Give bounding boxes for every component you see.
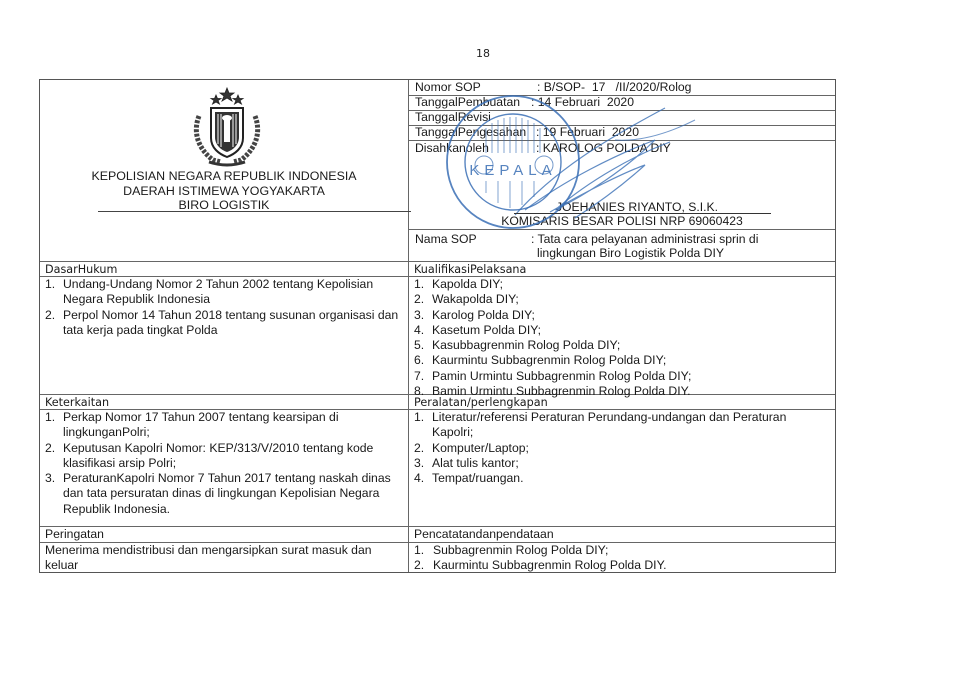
dasar-hukum-list: 1.Undang-Undang Nomor 2 Tahun 2002 tenta…	[45, 277, 403, 338]
peralatan-list: 1.Literatur/referensi Peraturan Perundan…	[414, 410, 824, 486]
list-item: 2.Keputusan Kapolri Nomor: KEP/313/V/201…	[45, 441, 400, 472]
list-item: 2.Kaurmintu Subbagrenmin Rolog Polda DIY…	[414, 558, 824, 573]
list-item: 1.Undang-Undang Nomor 2 Tahun 2002 tenta…	[45, 277, 403, 308]
nama-sop-label: Nama SOP	[415, 232, 477, 247]
peringatan-title: Peringatan	[45, 527, 104, 542]
kualifikasi-list: 1.Kapolda DIY; 2.Wakapolda DIY; 3.Karolo…	[414, 277, 829, 399]
list-item: 3.Karolog Polda DIY;	[414, 308, 829, 323]
nama-sop-value-1: : Tata cara pelayanan administrasi sprin…	[531, 232, 758, 247]
org-region: DAERAH ISTIMEWA YOGYAKARTA	[40, 184, 408, 199]
org-underline	[98, 211, 411, 212]
kualifikasi-title: KualifikasiPelaksana	[414, 262, 526, 277]
sop-table: KEPOLISIAN NEGARA REPUBLIK INDONESIA DAE…	[39, 79, 836, 573]
keterkaitan-title: Keterkaitan	[45, 395, 109, 410]
signature-icon	[495, 100, 715, 230]
polri-emblem-icon	[187, 86, 267, 168]
list-item: 7.Pamin Urmintu Subbagrenmin Rolog Polda…	[414, 369, 829, 384]
list-item: 3.PeraturanKapolri Nomor 7 Tahun 2017 te…	[45, 471, 400, 517]
list-item: 2.Komputer/Laptop;	[414, 441, 824, 456]
page-number: 18	[0, 47, 966, 60]
list-item: 2.Wakapolda DIY;	[414, 292, 829, 307]
org-name: KEPOLISIAN NEGARA REPUBLIK INDONESIA	[40, 169, 408, 184]
peringatan-text: Menerima mendistribusi dan mengarsipkan …	[45, 543, 400, 573]
list-item: 4.Kasetum Polda DIY;	[414, 323, 829, 338]
nama-sop-value-2: lingkungan Biro Logistik Polda DIY	[537, 246, 724, 261]
list-item: 1.Perkap Nomor 17 Tahun 2007 tentang kea…	[45, 410, 400, 441]
column-divider	[408, 80, 409, 572]
pencatatan-list: 1.Subbagrenmin Rolog Polda DIY; 2.Kaurmi…	[414, 543, 824, 574]
list-item: 1.Literatur/referensi Peraturan Perundan…	[414, 410, 824, 441]
peralatan-title: Peralatan/perlengkapan	[414, 395, 548, 410]
dasar-hukum-title: DasarHukum	[45, 262, 117, 277]
keterkaitan-list: 1.Perkap Nomor 17 Tahun 2007 tentang kea…	[45, 410, 400, 517]
signature-line	[514, 213, 771, 214]
list-item: 6.Kaurmintu Subbagrenmin Rolog Polda DIY…	[414, 353, 829, 368]
pencatatan-title: Pencatatandanpendataan	[414, 527, 554, 542]
list-item: 5.Kasubbagrenmin Rolog Polda DIY;	[414, 338, 829, 353]
list-item: 4.Tempat/ruangan.	[414, 471, 824, 486]
header-org-block: KEPOLISIAN NEGARA REPUBLIK INDONESIA DAE…	[40, 80, 408, 261]
list-item: 2.Perpol Nomor 14 Tahun 2018 tentang sus…	[45, 308, 403, 339]
list-item: 1.Kapolda DIY;	[414, 277, 829, 292]
list-item: 3.Alat tulis kantor;	[414, 456, 824, 471]
list-item: 1.Subbagrenmin Rolog Polda DIY;	[414, 543, 824, 558]
